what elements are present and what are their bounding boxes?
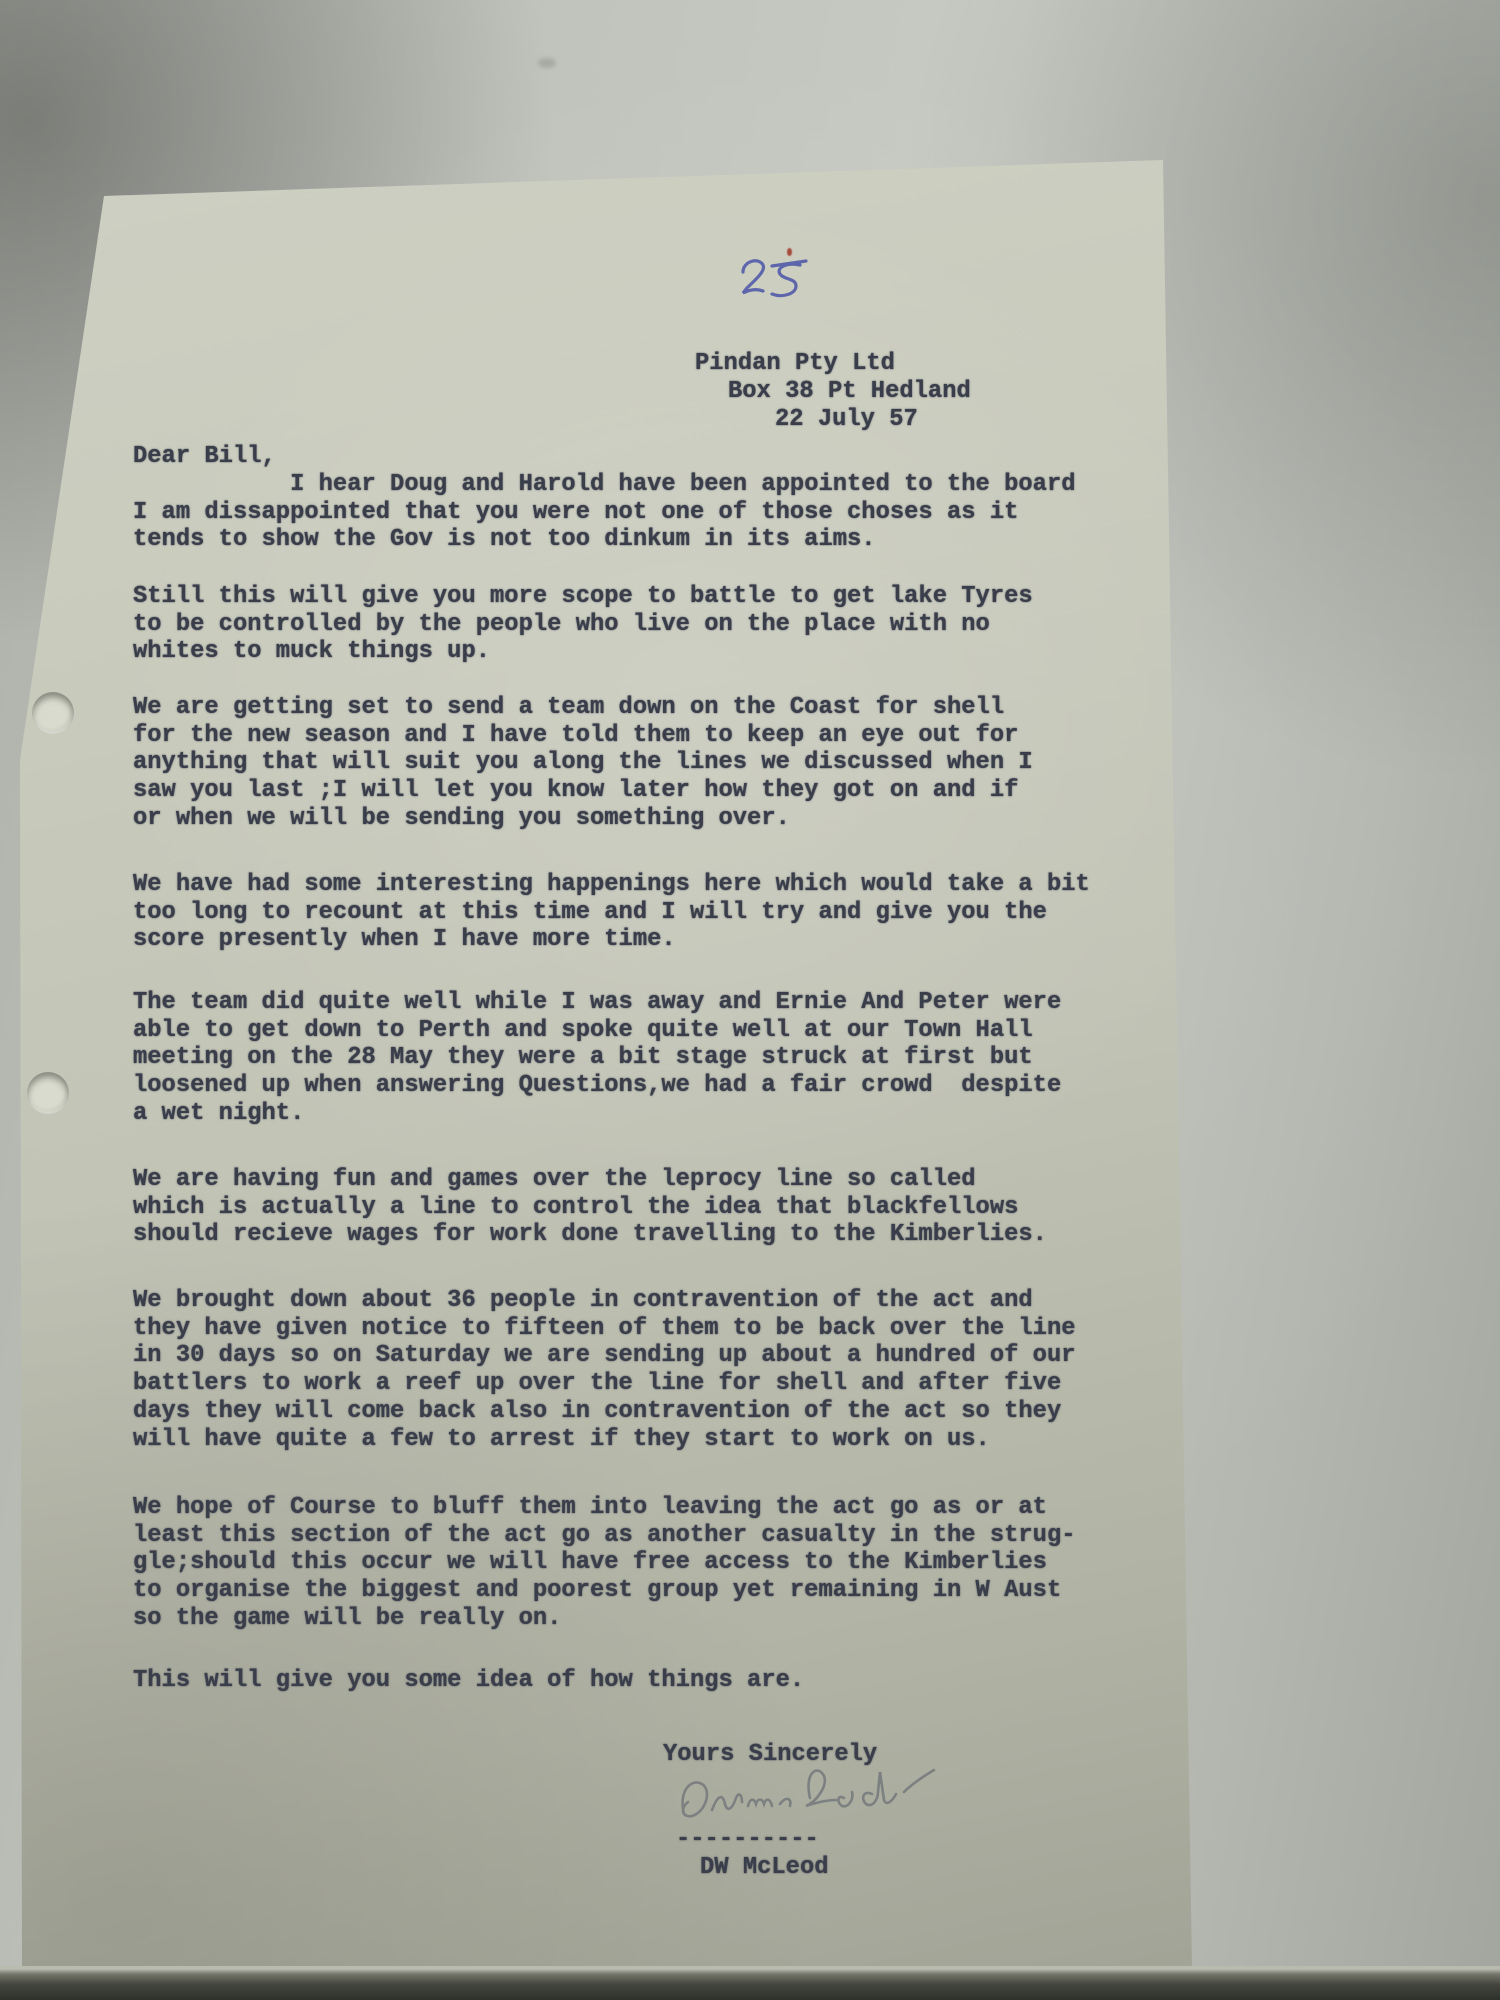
salutation: Dear Bill, [133, 443, 1138, 471]
letterhead-address: Box 38 Pt Hedland [728, 378, 971, 406]
letter-paragraph: We hope of Course to bluff them into lea… [133, 1494, 1138, 1633]
letterhead-company: Pindan Pty Ltd [695, 350, 895, 378]
signature-scrawl [668, 1752, 948, 1838]
letter-paragraph: We are having fun and games over the lep… [133, 1166, 1138, 1249]
letter-paragraph: This will give you some idea of how thin… [133, 1667, 1138, 1695]
letter-paragraph: Still this will give you more scope to b… [133, 583, 1138, 666]
letter-paragraph: I hear Doug and Harold have been appoint… [133, 471, 1138, 554]
smudge-mark [538, 58, 556, 68]
photo-bottom-shadow [0, 1966, 1500, 2000]
letterhead-date: 22 July 57 [775, 406, 918, 434]
letter-paragraph: We have had some interesting happenings … [133, 871, 1138, 954]
punch-hole-top [32, 692, 74, 734]
photograph-of-letter: Pindan Pty Ltd Box 38 Pt Hedland 22 July… [0, 0, 1500, 2000]
signature-typed-name: DW McLeod [700, 1854, 829, 1882]
letter-paragraph: The team did quite well while I was away… [133, 989, 1138, 1128]
punch-hole-bottom [27, 1072, 69, 1114]
letter-paragraph: We are getting set to send a team down o… [133, 694, 1138, 833]
letter-paragraph: We brought down about 36 people in contr… [133, 1287, 1138, 1453]
handwritten-page-number [736, 252, 814, 310]
